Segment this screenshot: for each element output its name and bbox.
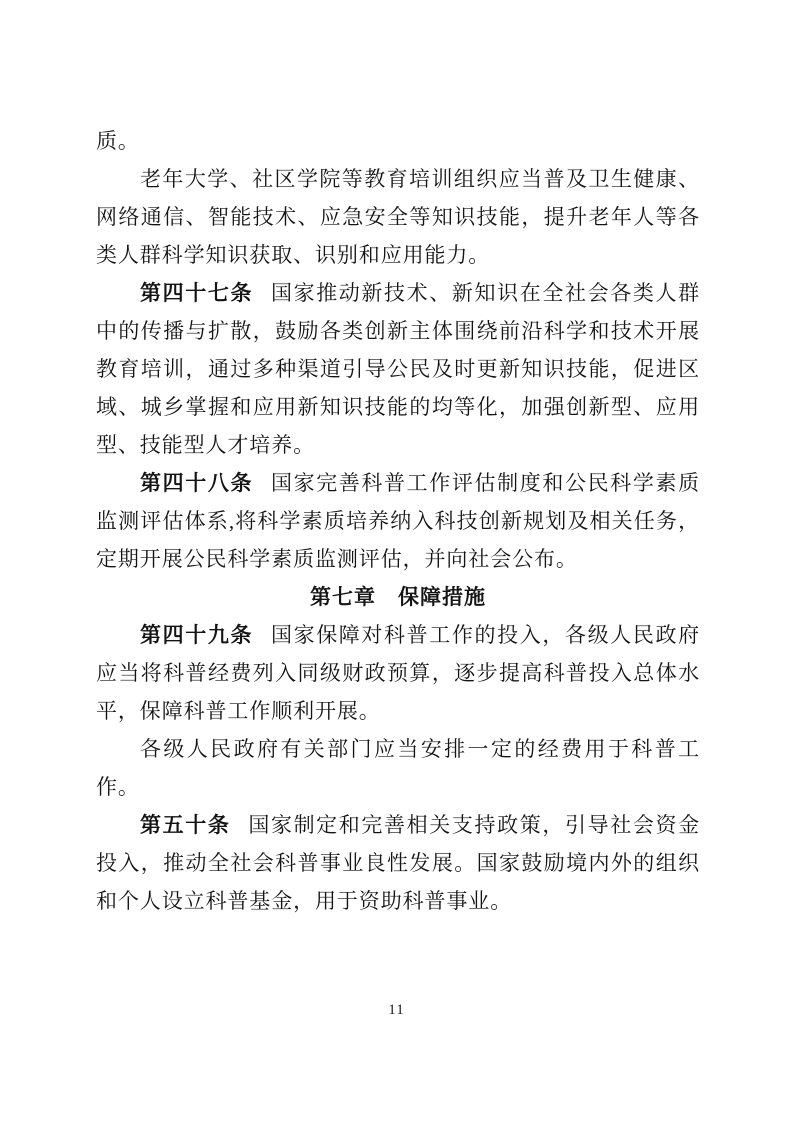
article-paragraph: 第五十条国家制定和完善相关支持政策，引导社会资金投入，推动全社会科普事业良性发展… <box>96 806 700 920</box>
article-paragraph: 第四十七条国家推动新技术、新知识在全社会各类人群中的传播与扩散，鼓励各类创新主体… <box>96 274 700 464</box>
paragraph-continuation: 质。 <box>96 122 700 160</box>
paragraph: 各级人民政府有关部门应当安排一定的经费用于科普工作。 <box>96 730 700 806</box>
article-paragraph: 第四十八条国家完善科普工作评估制度和公民科学素质监测评估体系,将科学素质培养纳入… <box>96 464 700 578</box>
article-number: 第四十九条 <box>140 623 253 647</box>
page-number: 11 <box>0 1000 793 1020</box>
article-number: 第五十条 <box>140 813 230 837</box>
document-page: 质。 老年大学、社区学院等教育培训组织应当普及卫生健康、网络通信、智能技术、应急… <box>0 0 793 1122</box>
chapter-heading: 第七章 保障措施 <box>96 578 700 616</box>
article-paragraph: 第四十九条国家保障对科普工作的投入，各级人民政府应当将科普经费列入同级财政预算，… <box>96 616 700 730</box>
article-text: 国家推动新技术、新知识在全社会各类人群中的传播与扩散，鼓励各类创新主体围绕前沿科… <box>96 281 700 457</box>
article-number: 第四十七条 <box>140 281 253 305</box>
document-body: 质。 老年大学、社区学院等教育培训组织应当普及卫生健康、网络通信、智能技术、应急… <box>96 122 700 920</box>
paragraph: 老年大学、社区学院等教育培训组织应当普及卫生健康、网络通信、智能技术、应急安全等… <box>96 160 700 274</box>
article-number: 第四十八条 <box>140 471 253 495</box>
